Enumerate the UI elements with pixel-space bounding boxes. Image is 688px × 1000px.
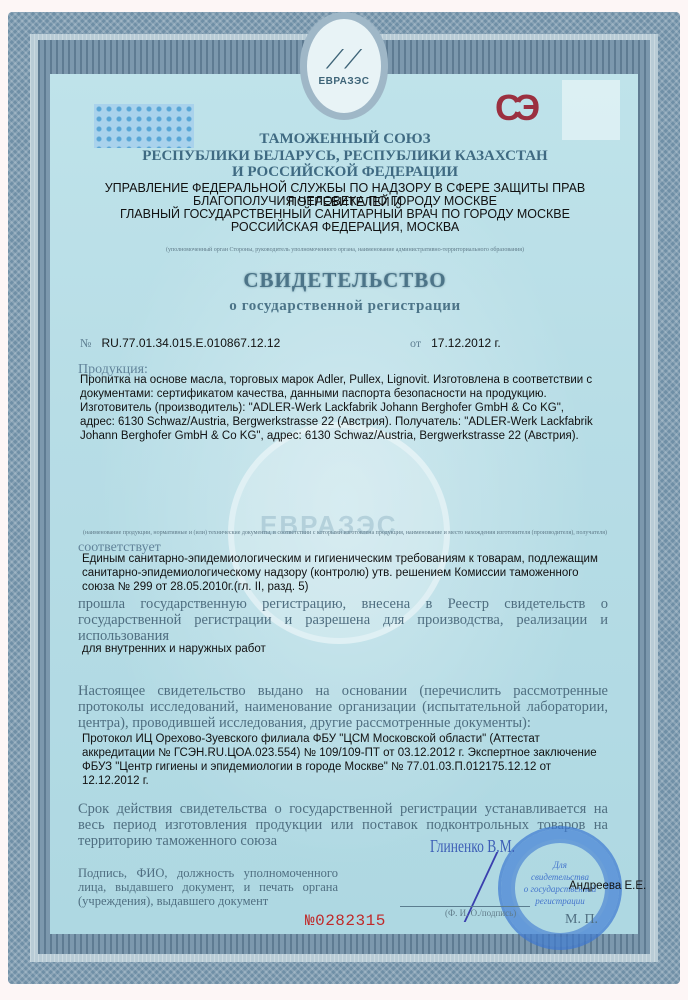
number-value: RU.77.01.34.015.E.010867.12.12	[101, 336, 280, 350]
document-subtitle: о государственной регистрации	[80, 298, 610, 315]
agency-line-3: ГЛАВНЫЙ ГОСУДАРСТВЕННЫЙ САНИТАРНЫЙ ВРАЧ …	[60, 207, 630, 221]
registration-date: от 17.12.2012 г.	[410, 336, 501, 351]
agency-line-4: РОССИЙСКАЯ ФЕДЕРАЦИЯ, МОСКВА	[60, 220, 630, 234]
date-value: 17.12.2012 г.	[431, 336, 501, 350]
union-title-line-3: И РОССИЙСКОЙ ФЕДЕРАЦИИ	[80, 164, 610, 180]
seal-label: М. П.	[565, 912, 598, 928]
serial-number: №0282315	[305, 912, 386, 930]
registered-text: прошла государственную регистрацию, внес…	[78, 596, 608, 644]
date-label: от	[410, 336, 421, 350]
union-title-line-1: ТАМОЖЕННЫЙ СОЮЗ	[80, 131, 610, 147]
signature-line	[400, 906, 530, 907]
signer-caption: (Ф. И. О./подпись)	[445, 908, 516, 918]
product-caption: (наименование продукции, нормативные и (…	[75, 529, 615, 537]
certificate-content: ТАМОЖЕННЫЙ СОЮЗ РЕСПУБЛИКИ БЕЛАРУСЬ, РЕС…	[0, 0, 688, 1000]
union-title-line-2: РЕСПУБЛИКИ БЕЛАРУСЬ, РЕСПУБЛИКИ КАЗАХСТА…	[80, 148, 610, 164]
registration-number: № RU.77.01.34.015.E.010867.12.12	[80, 336, 280, 351]
basis-text: Протокол ИЦ Орехово-Зуевского филиала ФБ…	[82, 732, 602, 788]
document-title: СВИДЕТЕЛЬСТВО	[80, 268, 610, 293]
signer-name: Андреева Е.Е.	[569, 880, 646, 892]
conformity-text: Единым санитарно-эпидемиологическим и ги…	[82, 552, 602, 594]
agency-line-2: БЛАГОПОЛУЧИЯ ЧЕЛОВЕКА ПО ГОРОДУ МОСКВЕ	[60, 194, 630, 208]
basis-label: Настоящее свидетельство выдано на основа…	[78, 683, 608, 731]
signature-caption-left: Подпись, ФИО, должность уполномоченного …	[78, 866, 338, 908]
agency-caption: (уполномоченный орган Стороны, руководит…	[100, 246, 590, 254]
product-text: Пропитка на основе масла, торговых марок…	[80, 373, 600, 443]
usage-text: для внутренних и наружных работ	[82, 642, 602, 656]
number-label: №	[80, 336, 91, 350]
